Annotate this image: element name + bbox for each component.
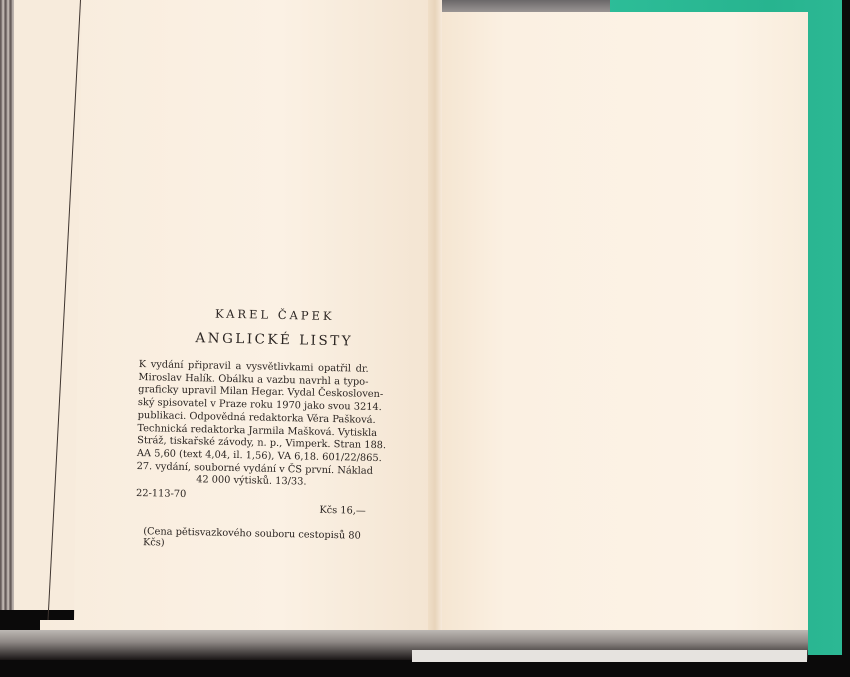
background-surface [0,662,850,677]
book-title: ANGLICKÉ LISTY [179,330,369,350]
book-gutter [428,0,442,650]
colophon-text: K vydání připravil a vysvětlivkami opatř… [136,359,369,491]
book-price: Kčs 16,— [136,501,366,517]
book-edge-strip [435,0,610,12]
right-page-blank [430,12,808,655]
book-author: KAREL ČAPEK [180,306,370,324]
imprint-block: KAREL ČAPEK ANGLICKÉ LISTY K vydání přip… [135,305,370,553]
series-price-note: (Cena pětisvazkového souboru cestopisů 8… [143,526,365,553]
